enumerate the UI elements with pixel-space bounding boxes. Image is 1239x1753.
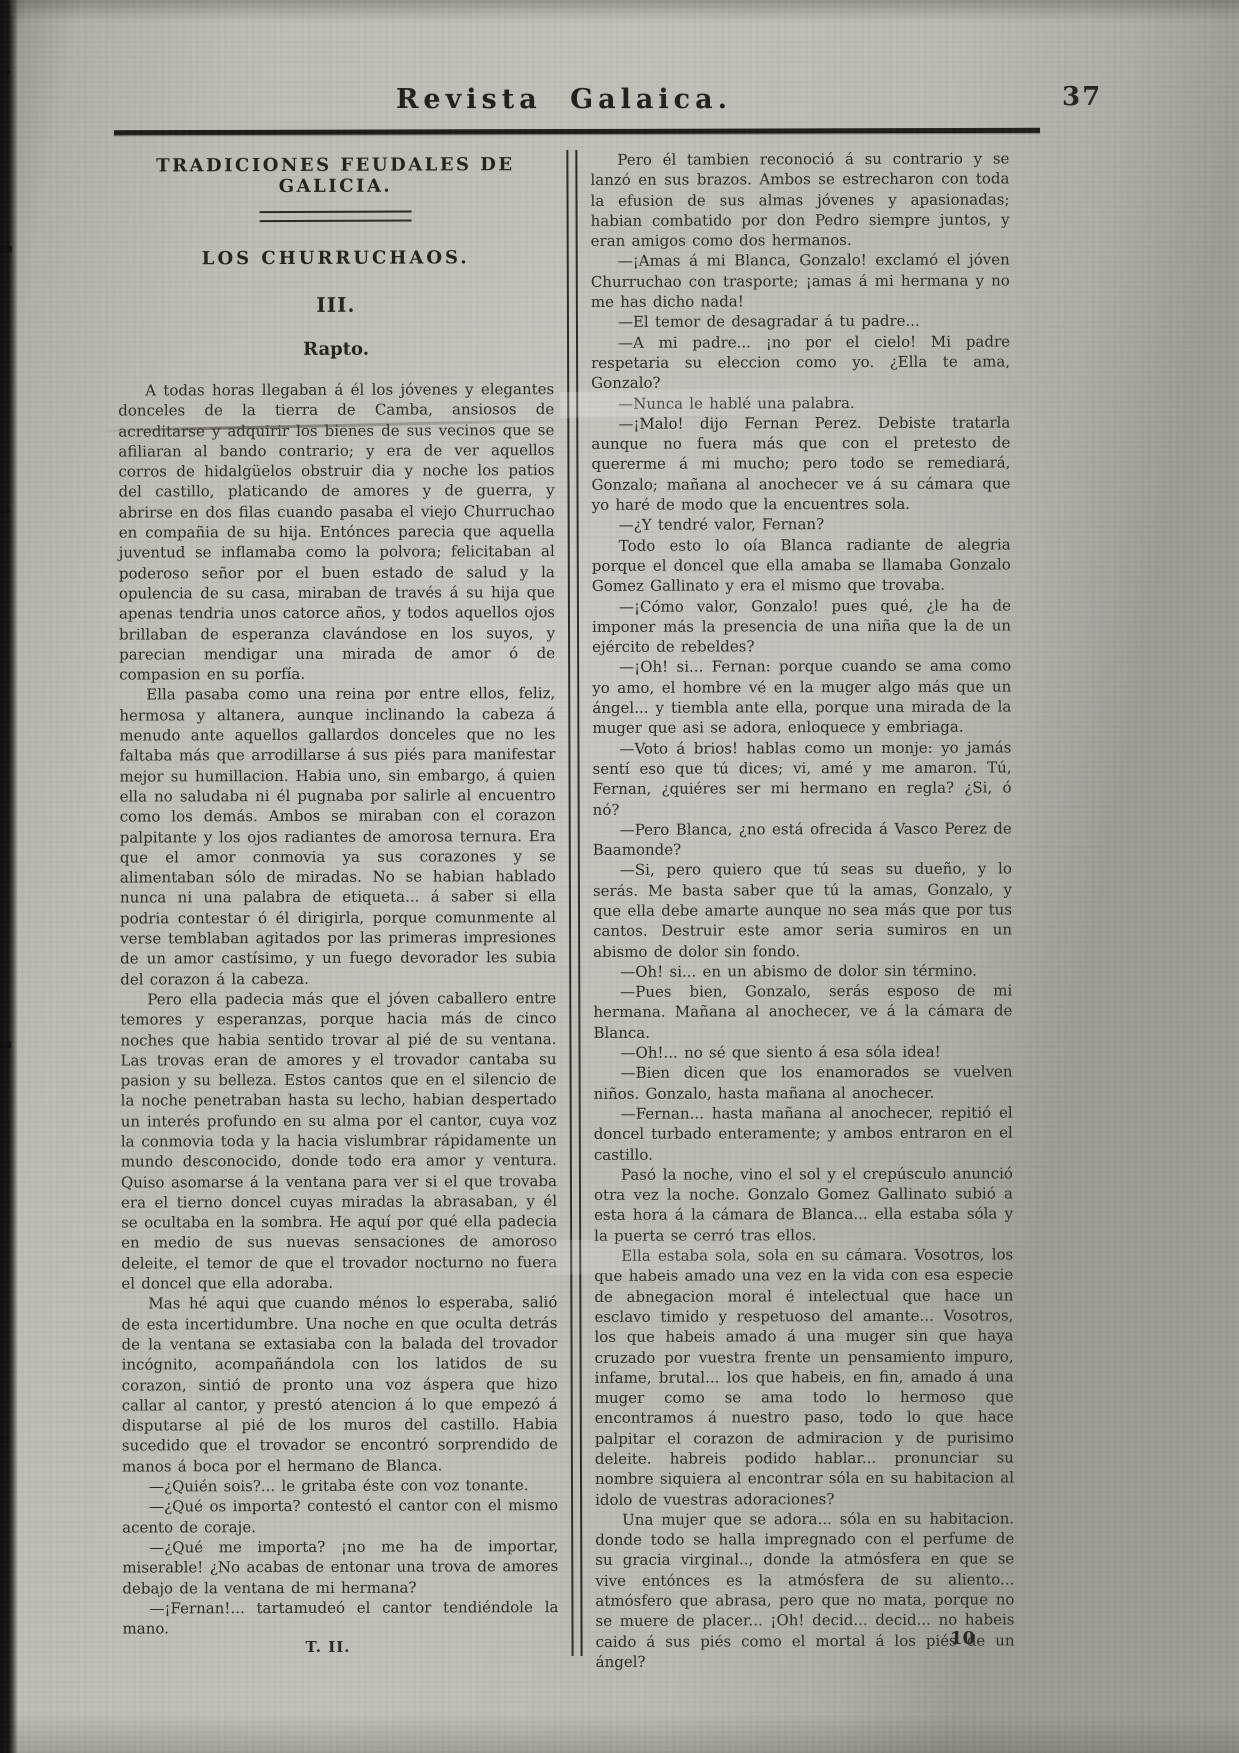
paragraph: —¿Qué me importa? ¡no me ha de importar,… xyxy=(122,1536,558,1598)
section-title: Rapto. xyxy=(118,338,554,361)
paragraph: Pero ella padecia más que el jóven cabal… xyxy=(120,988,557,1294)
paragraph: —Nunca le hablé una palabra. xyxy=(591,392,1010,414)
paragraph: Pasó la noche, vino el sol y el crepúscu… xyxy=(594,1163,1013,1246)
paragraph: —¡Cómo valor, Gonzalo! pues qué, ¿le ha … xyxy=(592,595,1011,657)
column-separator-rule xyxy=(566,150,582,1656)
left-column-text: A todas horas llegaban á él los jóvenes … xyxy=(118,379,558,1639)
paragraph: —¡Malo! dijo Fernan Perez. Debiste trata… xyxy=(591,412,1010,515)
chapter-number: III. xyxy=(118,292,554,318)
article-title: TRADICIONES FEUDALES DE GALICIA. xyxy=(117,154,553,198)
paragraph: —Oh! si... en un abismo de dolor sin tér… xyxy=(593,960,1012,982)
paragraph: —A mi padre... ¡no por el cielo! Mi padr… xyxy=(591,331,1010,393)
sheet-number: 10 xyxy=(905,1628,975,1649)
scan-artifact xyxy=(0,246,12,252)
paragraph: —El temor de desagradar á tu padre... xyxy=(591,311,1010,333)
paragraph: Todo esto lo oía Blanca radiante de aleg… xyxy=(592,534,1011,596)
paragraph: —Pero Blanca, ¿no está ofrecida á Vasco … xyxy=(593,818,1012,860)
scan-artifact xyxy=(0,1042,11,1048)
paragraph: —¡Fernan!... tartamudeó el cantor tendié… xyxy=(122,1597,558,1639)
text-columns: TRADICIONES FEUDALES DE GALICIA. LOS CHU… xyxy=(117,144,1014,1673)
journal-title: Revista Galaica. xyxy=(120,84,1008,115)
article-subtitle: LOS CHURRUCHAOS. xyxy=(118,247,554,270)
paragraph: —Si, pero quiero que tú seas su dueño, y… xyxy=(593,859,1012,962)
paragraph: —Oh!... no sé que siento á esa sóla idea… xyxy=(593,1042,1012,1064)
paragraph: Mas hé aqui que cuando ménos lo esperaba… xyxy=(121,1292,558,1476)
scan-artifact xyxy=(0,70,10,75)
scanned-page: Revista Galaica. 37 TRADICIONES FEUDALES… xyxy=(0,0,1239,1753)
paragraph: —¿Y tendré valor, Fernan? xyxy=(592,514,1011,536)
right-column: Pero él tambien reconoció á su contrario… xyxy=(590,144,1014,1672)
paragraph: —Voto á brios! hablas como un monje: yo … xyxy=(592,737,1011,820)
header-rule xyxy=(114,128,1040,135)
scan-artifact xyxy=(0,1436,9,1441)
paragraph: Ella estaba sola, sola en su cámara. Vos… xyxy=(594,1244,1014,1509)
paragraph: —Pues bien, Gonzalo, serás esposo de mi … xyxy=(593,981,1012,1043)
paragraph: —Bien dicen que los enamorados se vuelve… xyxy=(594,1062,1013,1104)
page-number: 37 xyxy=(1062,82,1102,112)
paragraph: —¡Amas á mi Blanca, Gonzalo! exclamó el … xyxy=(591,250,1010,312)
paragraph: A todas horas llegaban á él los jóvenes … xyxy=(118,379,555,685)
left-column: TRADICIONES FEUDALES DE GALICIA. LOS CHU… xyxy=(117,146,558,1674)
right-column-text: Pero él tambien reconoció á su contrario… xyxy=(590,148,1014,1672)
scan-gutter-edge xyxy=(0,0,18,1753)
title-double-rule xyxy=(260,211,412,223)
paragraph: —¿Quién sois?... le gritaba éste con voz… xyxy=(122,1475,558,1497)
scan-artifact xyxy=(0,508,9,513)
paragraph: —¡Oh! si... Fernan: porque cuando se ama… xyxy=(592,656,1011,739)
paragraph: —¿Qué os importa? contestó el cantor con… xyxy=(122,1495,558,1537)
paragraph: Pero él tambien reconoció á su contrario… xyxy=(590,148,1009,251)
paragraph: Ella pasaba como una reina por entre ell… xyxy=(119,683,556,989)
tome-signature: T. II. xyxy=(238,1638,418,1656)
paragraph: —Fernan... hasta mañana al anochecer, re… xyxy=(594,1102,1013,1164)
